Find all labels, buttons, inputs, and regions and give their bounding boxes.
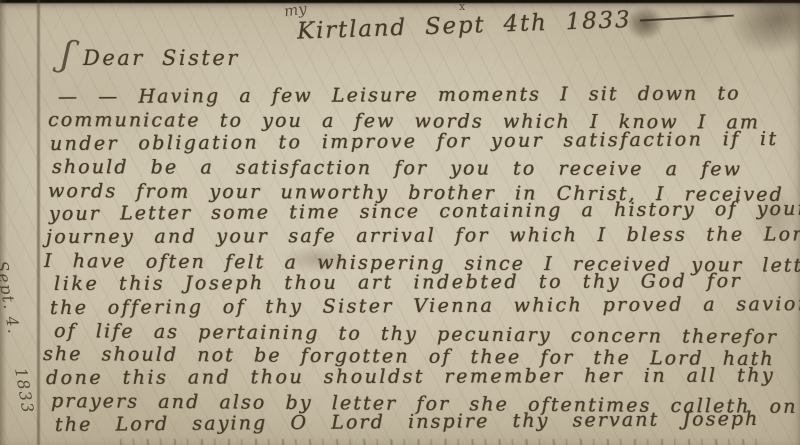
letter-line: should be a satisfaction for you to rece… — [52, 156, 798, 182]
header-place-date: Kirtland Sept 4th 1833 — [297, 3, 735, 44]
page-top-edge-shadow — [0, 0, 800, 4]
place-date-text: Kirtland Sept 4th 1833 — [297, 7, 632, 45]
letter-line: your Letter some time since containing a… — [49, 198, 798, 227]
letter-line: like this Joseph thou art indebted to th… — [54, 270, 798, 297]
letter-body: — — Having a few Leisure moments I sit d… — [46, 86, 798, 437]
margin-gap — [9, 335, 15, 368]
date-flourish-line — [640, 15, 734, 22]
letter-line: done this and thou shouldst remember her… — [46, 364, 798, 390]
clipped-line-strokes — [120, 439, 760, 445]
margin-date-part1: Sept. 4. — [0, 259, 24, 336]
manuscript-letter-page: Sept. 4.1833 my x Kirtland Sept 4th 1833… — [0, 0, 800, 445]
page-left-edge-shadow — [0, 0, 7, 445]
letter-line: journey and your safe arrival for which … — [46, 224, 798, 250]
salutation-flourish: ʃ — [59, 33, 76, 75]
salutation: Dear Sister — [83, 46, 240, 70]
asterisk-mark: x — [459, 0, 465, 13]
letter-line: the offering of thy Sister Vienna which … — [50, 293, 798, 320]
letter-line: — — Having a few Leisure moments I sit d… — [58, 82, 798, 109]
letter-line: under obligation to improve for your sat… — [50, 128, 798, 157]
margin-date-part2: 1833 — [11, 366, 38, 415]
fold-crease-line — [37, 0, 40, 445]
